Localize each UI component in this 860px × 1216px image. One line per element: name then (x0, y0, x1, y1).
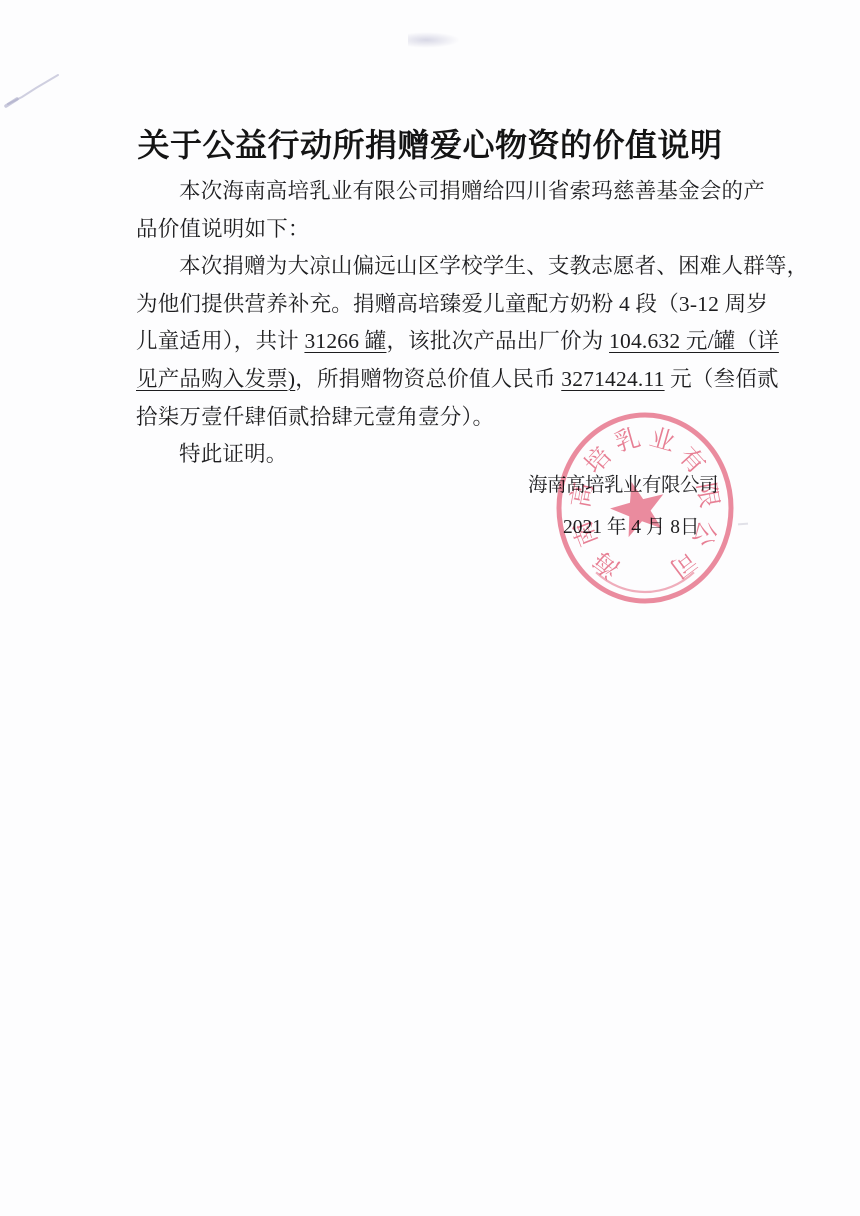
svg-text:司: 司 (665, 546, 701, 583)
pencil-scratch-artifact (2, 60, 112, 115)
signature-company-name: 海南高培乳业有限公司 (528, 469, 718, 497)
underlined-invoice-ref: 见产品购入发票) (136, 367, 295, 391)
seal-inner-arc (596, 572, 694, 592)
svg-text:海: 海 (588, 546, 625, 583)
underlined-cans-count: 31266 罐 (304, 329, 386, 353)
underlined-unit-price: 104.632 元/罐（详 (609, 329, 779, 353)
dash-artifact (738, 523, 748, 526)
body-line: 品价值说明如下： (136, 211, 756, 249)
body-line: 本次捐赠为大凉山偏远山区学校学生、支教志愿者、困难人群等， (136, 248, 756, 286)
smudge-artifact (408, 32, 460, 48)
document-page: 关于公益行动所捐赠爱心物资的价值说明 本次海南高培乳业有限公司捐赠给四川省索玛慈… (0, 0, 860, 1216)
body-line: 拾柒万壹仟肆佰贰拾肆元壹角壹分）。 (136, 399, 756, 437)
body-line: 见产品购入发票)，所捐赠物资总价值人民币 3271424.11 元（叁佰贰 (136, 361, 756, 399)
body-line: 为他们提供营养补充。捐赠高培臻爱儿童配方奶粉 4 段（3-12 周岁 (136, 286, 756, 324)
document-title: 关于公益行动所捐赠爱心物资的价值说明 (0, 120, 860, 166)
body-line: 儿童适用），共计 31266 罐，该批次产品出厂价为 104.632 元/罐（详 (136, 323, 756, 361)
underlined-total-value: 3271424.11 (561, 367, 664, 391)
body-line: 本次海南高培乳业有限公司捐赠给四川省索玛慈善基金会的产 (136, 173, 756, 211)
signature-date: 2021 年 4 月 8日 (563, 511, 700, 539)
document-body: 本次海南高培乳业有限公司捐赠给四川省索玛慈善基金会的产 品价值说明如下： 本次捐… (136, 173, 756, 474)
